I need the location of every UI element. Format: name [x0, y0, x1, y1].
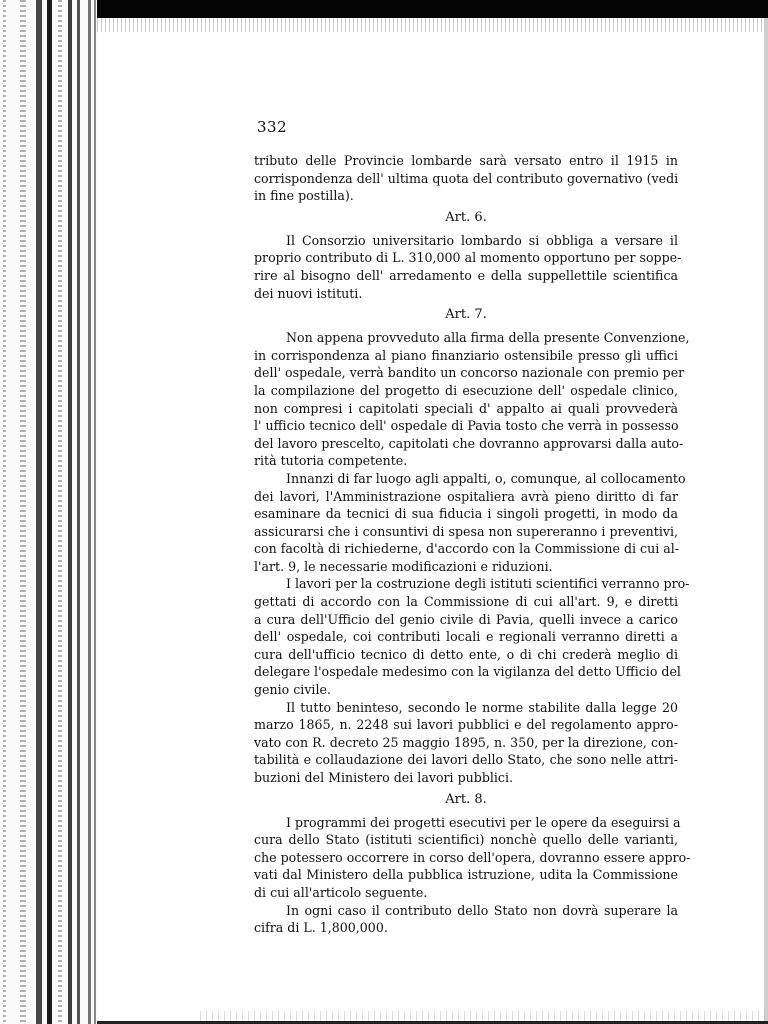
text-line: corrispondenza dell' ultima quota del co… [254, 170, 678, 188]
text-line: dei lavori, l'Amministrazione ospitalier… [254, 488, 678, 506]
text-line: con facoltà di richiederne, d'accordo co… [254, 540, 678, 558]
text-line: I programmi dei progetti esecutivi per l… [254, 814, 678, 832]
text-line: in corrispondenza al piano finanziario o… [254, 347, 678, 365]
text-line: marzo 1865, n. 2248 sui lavori pubblici … [254, 716, 678, 734]
text-line: gettati di accordo con la Commissione di… [254, 593, 678, 611]
paragraph: I lavori per la costruzione degli istitu… [254, 575, 678, 698]
text-line: la compilazione del progetto di esecuzio… [254, 382, 678, 400]
scan-bottom-noise [200, 1011, 768, 1021]
text-line: I lavori per la costruzione degli istitu… [254, 575, 678, 593]
text-line: dell' ospedale, verrà bandito un concors… [254, 364, 678, 382]
text-line: cura dello Stato (istituti scientifici) … [254, 831, 678, 849]
text-line: delegare l'ospedale medesimo con la vigi… [254, 663, 678, 681]
page-number: 332 [257, 118, 678, 136]
document-page: 332 tributo delle Provincie lombarde sar… [254, 118, 678, 937]
text-line: l'art. 9, le necessarie modificazioni e … [254, 558, 678, 576]
text-line: Il tutto beninteso, secondo le norme sta… [254, 699, 678, 717]
text-line: dell' ospedale, coi contributi locali e … [254, 628, 678, 646]
paragraph: Innanzi di far luogo agli appalti, o, co… [254, 470, 678, 576]
article-heading: Art. 6. [254, 209, 678, 227]
text-line: a cura dell'Ufficio del genio civile di … [254, 611, 678, 629]
page-body: tributo delle Provincie lombarde sarà ve… [254, 152, 678, 937]
scan-top-border [0, 0, 768, 18]
paragraph: Non appena provveduto alla firma della p… [254, 329, 678, 470]
article-heading: Art. 8. [254, 791, 678, 809]
text-line: buzioni del Ministero dei lavori pubblic… [254, 769, 678, 787]
article-heading: Art. 7. [254, 306, 678, 324]
text-line: dei nuovi istituti. [254, 285, 678, 303]
text-line: Innanzi di far luogo agli appalti, o, co… [254, 470, 678, 488]
text-line: cifra di L. 1,800,000. [254, 919, 678, 937]
text-line: in fine postilla). [254, 187, 678, 205]
text-line: di cui all'articolo seguente. [254, 884, 678, 902]
text-line: del lavoro prescelto, capitolati che dov… [254, 435, 678, 453]
paragraph: Il Consorzio universitario lombardo si o… [254, 232, 678, 302]
text-line: tabilità e collaudazione dei lavori dell… [254, 751, 678, 769]
text-line: rità tutoria competente. [254, 452, 678, 470]
paragraph: tributo delle Provincie lombarde sarà ve… [254, 152, 678, 205]
paragraph: Il tutto beninteso, secondo le norme sta… [254, 699, 678, 787]
text-line: cura dell'ufficio tecnico di detto ente,… [254, 646, 678, 664]
text-line: In ogni caso il contributo dello Stato n… [254, 902, 678, 920]
text-line: Non appena provveduto alla firma della p… [254, 329, 678, 347]
book-binding-gutter [0, 0, 97, 1024]
text-line: Il Consorzio universitario lombardo si o… [254, 232, 678, 250]
paragraph: In ogni caso il contributo dello Stato n… [254, 902, 678, 937]
scan-top-noise [97, 18, 768, 32]
text-line: non compresi i capitolati speciali d' ap… [254, 400, 678, 418]
text-line: l' ufficio tecnico dell' ospedale di Pav… [254, 417, 678, 435]
text-line: che potessero occorrere in corso dell'op… [254, 849, 678, 867]
paragraph: I programmi dei progetti esecutivi per l… [254, 814, 678, 902]
text-line: assicurarsi che i consuntivi di spesa no… [254, 523, 678, 541]
text-line: vato con R. decreto 25 maggio 1895, n. 3… [254, 734, 678, 752]
text-line: tributo delle Provincie lombarde sarà ve… [254, 152, 678, 170]
scan-right-edge [764, 18, 768, 1024]
text-line: esaminare da tecnici di sua fiducia i si… [254, 505, 678, 523]
text-line: genio civile. [254, 681, 678, 699]
text-line: vati dal Ministero della pubblica istruz… [254, 866, 678, 884]
text-line: proprio contributo di L. 310,000 al mome… [254, 249, 678, 267]
text-line: rire al bisogno dell' arredamento e dell… [254, 267, 678, 285]
